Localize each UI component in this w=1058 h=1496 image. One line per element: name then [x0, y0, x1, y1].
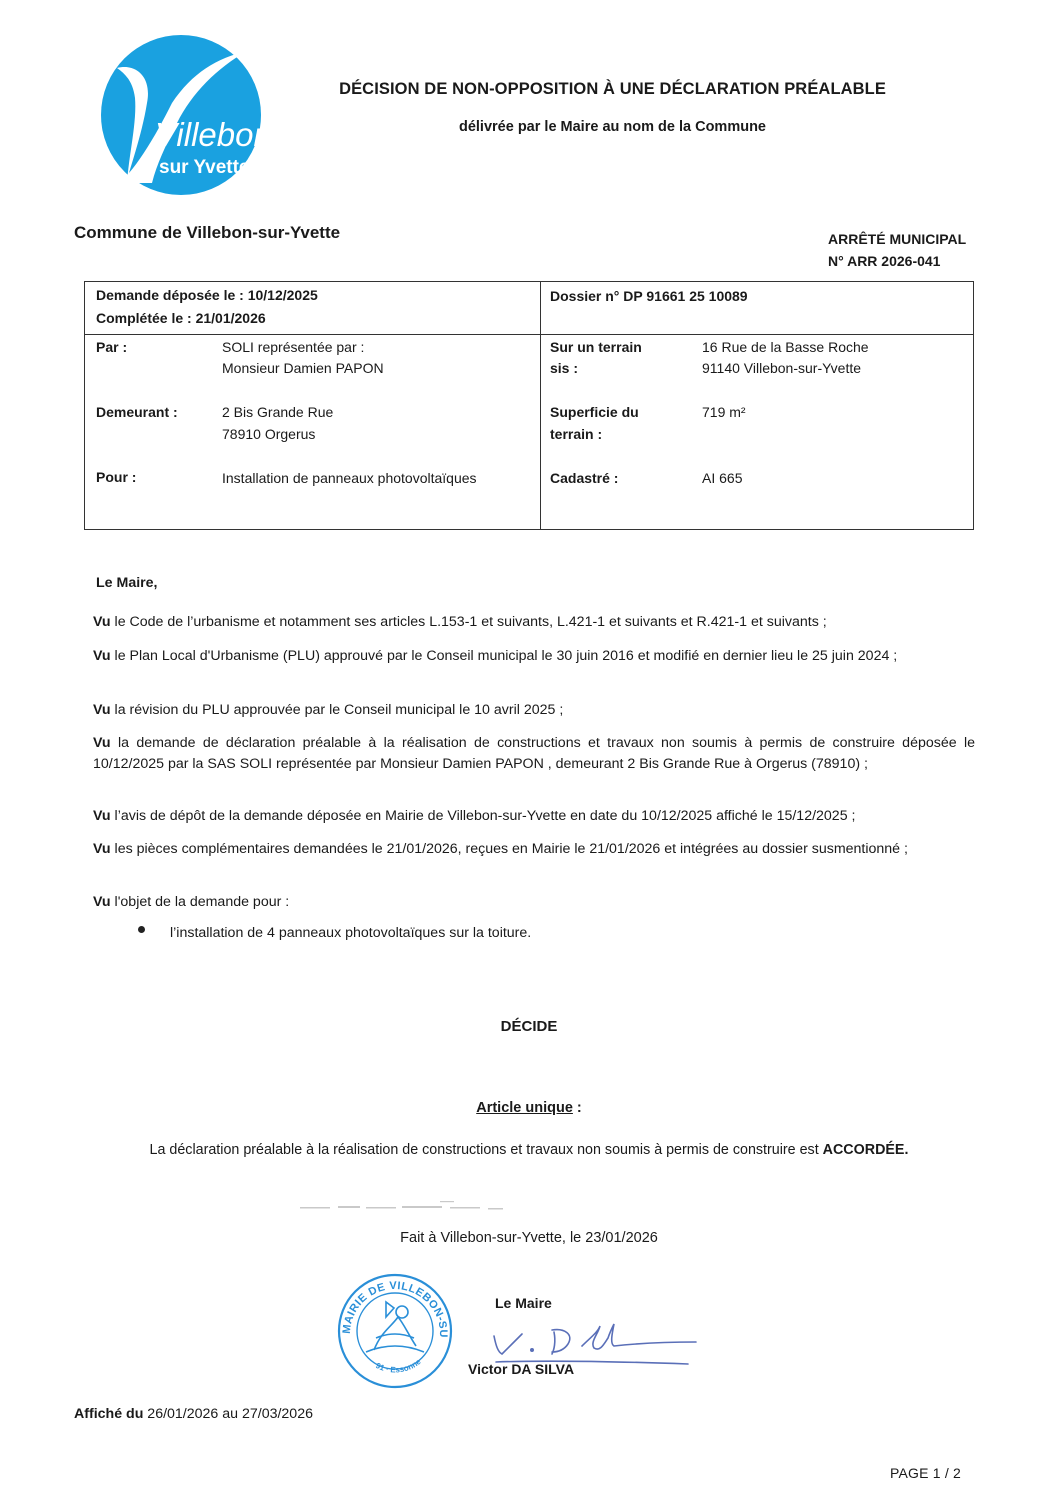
superficie-value: 719 m² [702, 401, 746, 423]
arrete-number: N° ARR 2026-041 [828, 250, 973, 272]
vu-keyword: Vu [93, 894, 111, 910]
considerant-6: Vu les pièces complémentaires demandées … [93, 839, 975, 860]
terrain-label-line2: sis : [550, 357, 578, 379]
considerant-4: Vu la demande de déclaration préalable à… [93, 733, 975, 775]
vu-keyword: Vu [93, 702, 111, 718]
table-divider-vertical [540, 282, 541, 529]
considerant-text: l’avis de dépôt de la demande déposée en… [111, 808, 856, 824]
terrain-value-line1: 16 Rue de la Basse Roche [702, 336, 869, 358]
mairie-stamp: MAIRIE DE VILLEBON-SUR-YVETTE 91 · Esson… [336, 1272, 454, 1390]
article-title: Article unique [476, 1100, 573, 1116]
document-subtitle: délivrée par le Maire au nom de la Commu… [300, 119, 925, 135]
considerant-text: les pièces complémentaires demandées le … [111, 841, 908, 857]
considerant-text: l'objet de la demande pour : [111, 894, 290, 910]
svg-text:91 · Essonne: 91 · Essonne [374, 1357, 423, 1375]
le-maire-heading: Le Maire, [96, 573, 978, 594]
svg-text:MAIRIE DE VILLEBON-SUR-YVETTE: MAIRIE DE VILLEBON-SUR-YVETTE [336, 1272, 449, 1338]
considerant-5: Vu l’avis de dépôt de la demande déposée… [93, 806, 975, 827]
vu-keyword: Vu [93, 614, 111, 630]
completee-le: Complétée le : 21/01/2026 [96, 307, 266, 329]
considerant-text: le Plan Local d'Urbanisme (PLU) approuvé… [111, 648, 898, 664]
considerant-1: Vu le Code de l’urbanisme et notamment s… [93, 612, 975, 633]
bullet-icon [138, 926, 145, 933]
document-title: DÉCISION DE NON-OPPOSITION À UNE DÉCLARA… [300, 80, 925, 99]
demeurant-value-line2: 78910 Orgerus [222, 423, 315, 445]
affichage-period: Affiché du 26/01/2026 au 27/03/2026 [74, 1406, 313, 1422]
considerant-3: Vu la révision du PLU approuvée par le C… [93, 700, 975, 721]
decision-text: La déclaration préalable à la réalisatio… [0, 1142, 1058, 1158]
dossier-info-table: Demande déposée le : 10/12/2025 Complété… [84, 281, 974, 530]
stamp-bottom-text: 91 · Essonne [374, 1357, 423, 1375]
vu-keyword: Vu [93, 648, 111, 664]
article-heading: Article unique : [0, 1100, 1058, 1116]
stamp-top-text: MAIRIE DE VILLEBON-SUR-YVETTE [336, 1272, 449, 1338]
pour-label: Pour : [96, 466, 136, 488]
demeurant-label: Demeurant : [96, 401, 178, 423]
arrete-block: ARRÊTÉ MUNICIPAL N° ARR 2026-041 [770, 228, 973, 272]
affiche-label: Affiché du [74, 1406, 143, 1422]
par-label: Par : [96, 336, 127, 358]
demande-deposee: Demande déposée le : 10/12/2025 [96, 284, 318, 306]
vu-keyword: Vu [93, 808, 111, 824]
cadastre-label: Cadastré : [550, 467, 618, 489]
commune-name: Commune de Villebon-sur-Yvette [74, 223, 340, 243]
terrain-label-line1: Sur un terrain [550, 336, 642, 358]
villebon-logo: Villebon sur Yvette [97, 33, 265, 198]
dossier-number: Dossier n° DP 91661 25 10089 [550, 285, 748, 307]
maire-label: Le Maire [495, 1295, 552, 1311]
fait-a-date: Fait à Villebon-sur-Yvette, le 23/01/202… [0, 1230, 1058, 1246]
bullet-item: l’installation de 4 panneaux photovoltaï… [170, 925, 531, 941]
vu-keyword: Vu [93, 735, 111, 751]
table-divider-horizontal [85, 334, 973, 335]
maire-name: Victor DA SILVA [468, 1361, 574, 1377]
cadastre-value: AI 665 [702, 467, 742, 489]
decision-body: La déclaration préalable à la réalisatio… [150, 1142, 823, 1158]
terrain-value-line2: 91140 Villebon-sur-Yvette [702, 357, 861, 379]
page-number: PAGE 1 / 2 [890, 1465, 961, 1481]
considerant-7: Vu l'objet de la demande pour : [93, 892, 975, 913]
vu-keyword: Vu [93, 841, 111, 857]
pour-value: Installation de panneaux photovoltaïques [222, 467, 477, 489]
par-value-line1: SOLI représentée par : [222, 336, 364, 358]
logo-villebon-text: Villebon [155, 116, 265, 153]
decision-verdict: ACCORDÉE. [823, 1142, 909, 1158]
scan-artifact [300, 1199, 510, 1215]
superficie-label-line2: terrain : [550, 423, 602, 445]
affiche-dates: 26/01/2026 au 27/03/2026 [143, 1406, 313, 1422]
par-value-line2: Monsieur Damien PAPON [222, 357, 384, 379]
considerant-2: Vu le Plan Local d'Urbanisme (PLU) appro… [93, 646, 975, 667]
article-colon: : [573, 1100, 582, 1116]
considerant-text: la demande de déclaration préalable à la… [93, 735, 975, 772]
superficie-label-line1: Superficie du [550, 401, 639, 423]
decide-heading: DÉCIDE [0, 1018, 1058, 1035]
considerant-text: le Code de l’urbanisme et notamment ses … [111, 614, 827, 630]
arrete-label: ARRÊTÉ MUNICIPAL [828, 228, 973, 250]
demeurant-value-line1: 2 Bis Grande Rue [222, 401, 333, 423]
considerant-text: la révision du PLU approuvée par le Cons… [111, 702, 564, 718]
logo-sur-yvette-text: sur Yvette [159, 157, 249, 178]
